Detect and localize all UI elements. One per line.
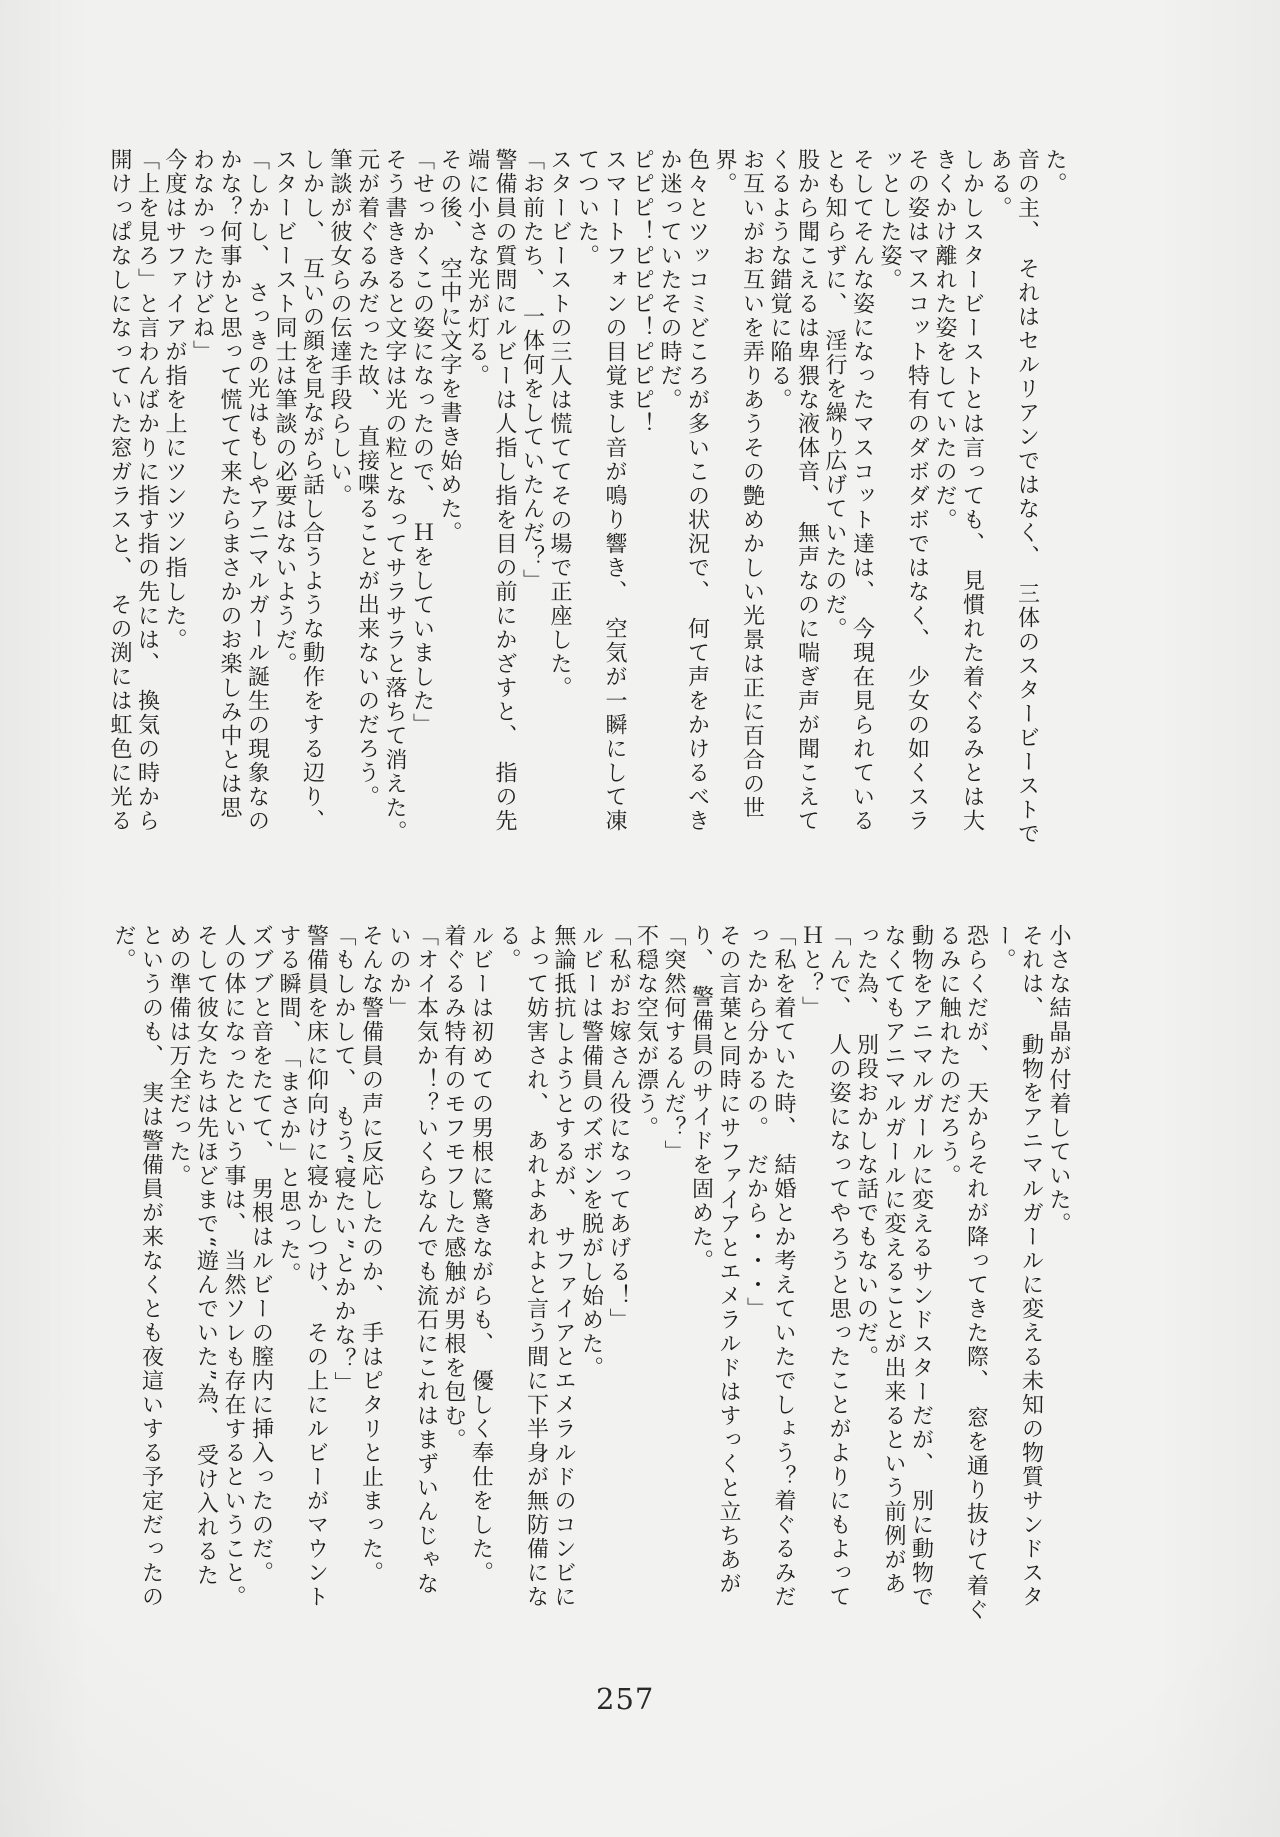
text-line: とも知らずに、 淫行を繰り広げていたのだ。 xyxy=(821,148,849,878)
text-block-top: た。音の主、 それはセルリアンではなく、 三体のスタービーストである。しかしスタ… xyxy=(106,148,1069,878)
text-line: スマートフォンの目覚まし音が鳴り響き、 空気が一瞬にして凍 xyxy=(601,148,629,878)
text-line: ッとした姿。 xyxy=(876,148,904,878)
text-line: 警備員の質問にルビーは人指し指を目の前にかざすと、 指の先 xyxy=(491,148,519,878)
text-line: しかし、 互いの顔を見ながら話し合うような動作をする辺り、 xyxy=(298,148,326,878)
text-line: 警備員を床に仰向けに寝かしつけ、 その上にルビーがマウント xyxy=(302,924,330,1654)
text-line: なくてもアニマルガールに変えることが出来るという前例があ xyxy=(880,924,908,1654)
text-line: り、 警備員のサイドを固めた。 xyxy=(687,924,715,1654)
text-line: 「私を着ていた時、 結婚とか考えていたでしょう？着ぐるみだ xyxy=(770,924,798,1654)
text-block-bottom: 小さな結晶が付着していた。それは、 動物をアニマルガールに変える未知の物質サンド… xyxy=(110,924,1073,1654)
text-line: か迷っていたその時だ。 xyxy=(656,148,684,878)
text-line: くるような錯覚に陥る。 xyxy=(766,148,794,878)
text-line: 「んで、 人の姿になってやろうと思ったことがよりにもよって xyxy=(825,924,853,1654)
text-line: 「お前たち、 一体何をしていたんだ？」 xyxy=(518,148,546,878)
text-line: 「突然何するんだ？」 xyxy=(660,924,688,1654)
text-line: 恐らくだが、 天からそれが降ってきた際、 窓を通り抜けて着ぐ xyxy=(962,924,990,1654)
text-line: よって妨害され、 あれよあれよと言う間に下半身が無防備にな xyxy=(522,924,550,1654)
text-line: お互いがお互いを弄りあうその艶めかしい光景は正に百合の世 xyxy=(738,148,766,878)
text-line: スタービースト同士は筆談の必要はないようだ。 xyxy=(271,148,299,878)
text-line: 無論抵抗しようとするが、 サファイアとエメラルドのコンビに xyxy=(550,924,578,1654)
text-line: それは、 動物をアニマルガールに変える未知の物質サンドスタ xyxy=(1017,924,1045,1654)
text-line: だ。 xyxy=(110,924,138,1654)
text-line: きくかけ離れた姿をしていたのだ。 xyxy=(931,148,959,878)
text-line: ルビーは警備員のズボンを脱がし始めた。 xyxy=(577,924,605,1654)
text-line: そんな警備員の声に反応したのか、 手はピタリと止まった。 xyxy=(357,924,385,1654)
text-line: ピピピ！ピピピ！ピピピ！ xyxy=(628,148,656,878)
text-line: ズブブと音をたてて、 男根はルビーの膣内に挿入ったのだ。 xyxy=(247,924,275,1654)
page-number: 257 xyxy=(596,1682,654,1716)
text-line: 音の主、 それはセルリアンではなく、 三体のスタービーストで xyxy=(1013,148,1041,878)
text-line: 不穏な空気が漂う。 xyxy=(632,924,660,1654)
text-line: 小さな結晶が付着していた。 xyxy=(1045,924,1073,1654)
text-line: 股から聞こえるは卑猥な液体音、 無声なのに喘ぎ声が聞こえて xyxy=(793,148,821,878)
text-line: た。 xyxy=(1041,148,1069,878)
text-line: 「しかし、 さっきの光はもしやアニマルガール誕生の現象なの xyxy=(243,148,271,878)
text-line: わなかったけどね」 xyxy=(188,148,216,878)
text-line: 「私がお嫁さん役になってあげる！」 xyxy=(605,924,633,1654)
text-line: 「せっかくこの姿になったので、 Ｈをしていました」 xyxy=(408,148,436,878)
book-page: た。音の主、 それはセルリアンではなく、 三体のスタービーストである。しかしスタ… xyxy=(0,0,1280,1837)
text-line: 人の体になったという事は、 当然ソレも存在するということ。 xyxy=(220,924,248,1654)
text-line: 端に小さな光が灯る。 xyxy=(463,148,491,878)
text-line: スタービーストの三人は慌ててその場で正座した。 xyxy=(546,148,574,878)
text-line: 「もしかして、 もう“寝たい”とかかな？」 xyxy=(330,924,358,1654)
text-line: 「オイ本気か！？いくらなんでも流石にこれはまずいんじゃな xyxy=(412,924,440,1654)
text-line: るみに触れたのだろう。 xyxy=(935,924,963,1654)
text-line: てついた。 xyxy=(573,148,601,878)
text-line: 界。 xyxy=(711,148,739,878)
text-line: 色々とツッコミどころが多いこの状況で、 何て声をかけるべき xyxy=(683,148,711,878)
text-line: 着ぐるみ特有のモフモフした感触が男根を包む。 xyxy=(440,924,468,1654)
text-line: そして彼女たちは先ほどまで“遊んでいた”為、 受け入れるた xyxy=(192,924,220,1654)
text-line: ルビーは初めての男根に驚きながらも、 優しく奉仕をした。 xyxy=(467,924,495,1654)
text-line: った為、 別段おかしな話でもないのだ。 xyxy=(852,924,880,1654)
text-line: ったから分かるの。 だから・・・」 xyxy=(742,924,770,1654)
text-line: 今度はサファイアが指を上にツンツン指した。 xyxy=(161,148,189,878)
text-line: その姿はマスコット特有のダボダボではなく、 少女の如くスラ xyxy=(903,148,931,878)
text-line: その後、 空中に文字を書き始めた。 xyxy=(436,148,464,878)
text-line: 「上を見ろ」と言わんばかりに指す指の先には、 換気の時から xyxy=(133,148,161,878)
text-line: る。 xyxy=(495,924,523,1654)
text-line: 筆談が彼女らの伝達手段らしい。 xyxy=(326,148,354,878)
text-line: する瞬間、 「まさか」と思った。 xyxy=(275,924,303,1654)
text-line: めの準備は万全だった。 xyxy=(165,924,193,1654)
text-line: その言葉と同時にサファイアとエメラルドはすっくと立ちあが xyxy=(715,924,743,1654)
text-line: というのも、 実は警備員が来なくとも夜這いする予定だったの xyxy=(137,924,165,1654)
text-line: そう書ききると文字は光の粒となってサラサラと落ちて消えた。 xyxy=(381,148,409,878)
text-line: ある。 xyxy=(986,148,1014,878)
text-line: そしてそんな姿になったマスコット達は、 今現在見られている xyxy=(848,148,876,878)
text-line: いのか」 xyxy=(385,924,413,1654)
text-line: 動物をアニマルガールに変えるサンドスターだが、 別に動物で xyxy=(907,924,935,1654)
text-line: Ｈと？」 xyxy=(797,924,825,1654)
text-line: 開けっぱなしになっていた窓ガラスと、 その渕には虹色に光る xyxy=(106,148,134,878)
text-line: 元が着ぐるみだった故、 直接喋ることが出来ないのだろう。 xyxy=(353,148,381,878)
text-line: ー。 xyxy=(990,924,1018,1654)
text-line: かな？何事かと思って慌てて来たらまさかのお楽しみ中とは思 xyxy=(216,148,244,878)
text-line: しかしスタービーストとは言っても、 見慣れた着ぐるみとは大 xyxy=(958,148,986,878)
